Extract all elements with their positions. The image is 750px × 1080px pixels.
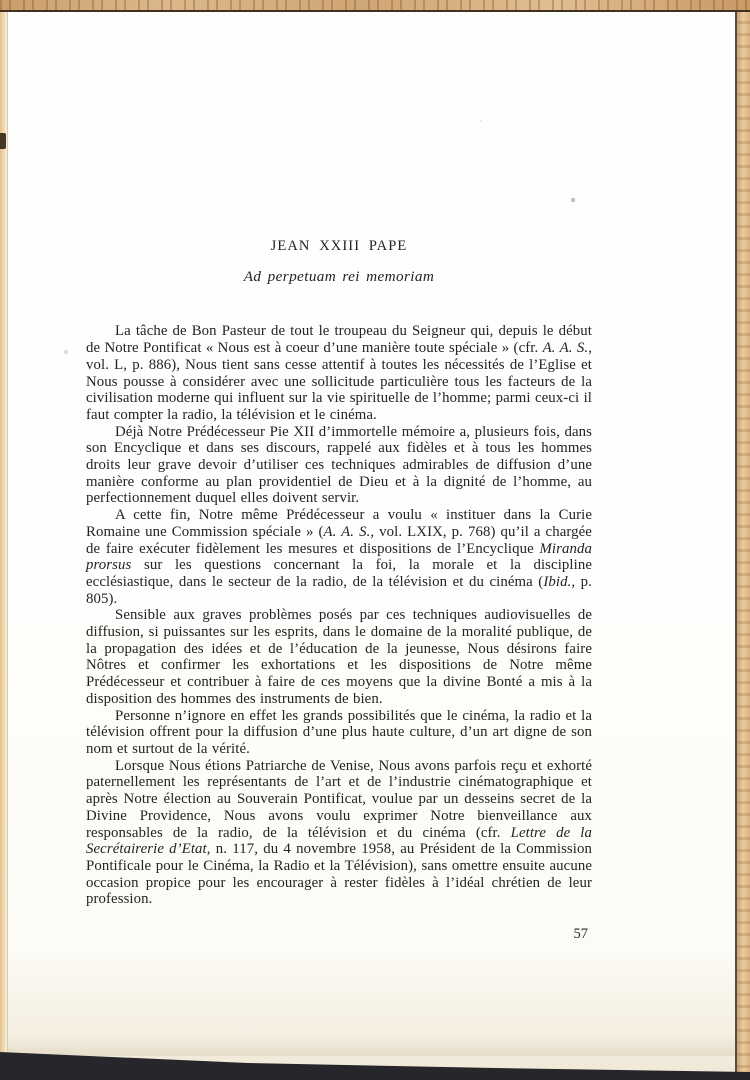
body-paragraphs: La tâche de Bon Pasteur de tout le troup… [86,323,592,908]
page-bottom-shadow [7,1036,737,1056]
page-number: 57 [558,926,588,943]
paragraph: La tâche de Bon Pasteur de tout le troup… [86,323,592,423]
paragraph: Sensible aux graves problèmes posés par … [86,607,592,707]
book-edge-top [0,0,750,12]
scan-artifact-left-mark [0,133,6,149]
document-title: JEAN XXIII PAPE [86,10,592,254]
document-subtitle: Ad perpetuam rei memoriam [86,269,592,284]
paragraph: A cette fin, Notre même Prédécesseur a v… [86,507,592,607]
book-edge-left [0,10,8,1052]
book-edge-right [735,0,750,1080]
paragraph: Lorsque Nous étions Patriarche de Venise… [86,758,592,908]
paragraph: Personne n’ignore en effet les grands po… [86,708,592,758]
text-column: JEAN XXIII PAPE Ad perpetuam rei memoria… [86,0,592,908]
paragraph: Déjà Notre Prédécesseur Pie XII d’immort… [86,424,592,508]
